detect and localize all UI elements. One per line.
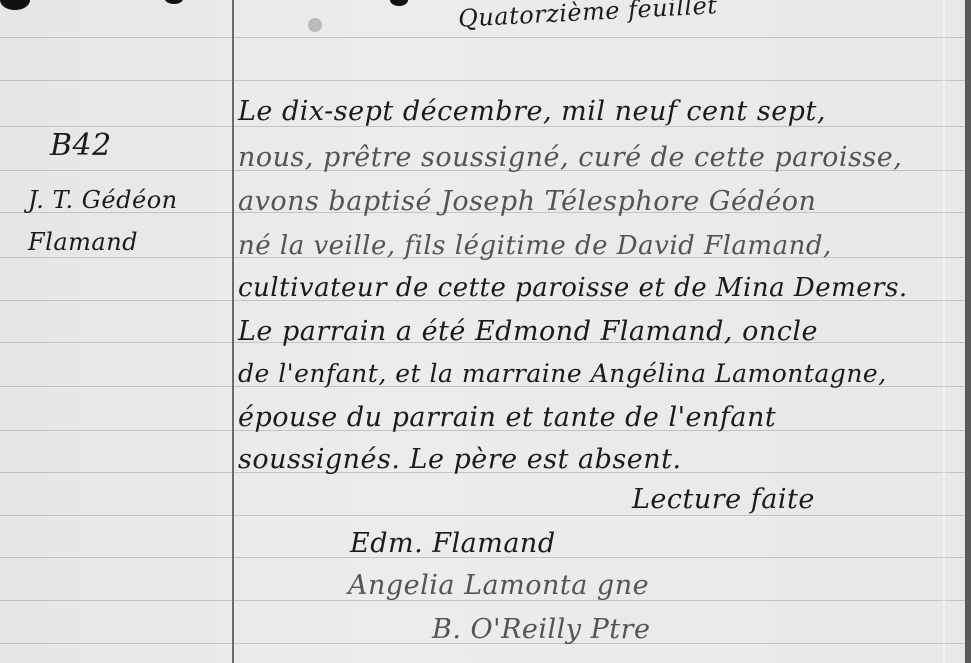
body-line-4: né la veille, fils légitime de David Fla… — [238, 231, 832, 261]
lecture-faite: Lecture faite — [632, 484, 815, 515]
body-line-2: nous, prêtre soussigné, curé de cette pa… — [238, 142, 902, 173]
signature-godmother: Angelia Lamonta gne — [348, 570, 649, 601]
body-line-7: de l'enfant, et la marraine Angélina Lam… — [238, 359, 887, 388]
smudge — [308, 18, 322, 32]
signature-priest: B. O'Reilly Ptre — [432, 614, 651, 645]
ink-blot — [0, 0, 30, 10]
body-line-8: épouse du parrain et tante de l'enfant — [238, 402, 776, 433]
ink-blot — [165, 0, 183, 4]
page-edge-shadow — [965, 0, 971, 663]
register-page: Quatorzième feuillet B42 J. T. Gédéon Fl… — [0, 0, 971, 663]
body-line-3: avons baptisé Joseph Télesphore Gédéon — [238, 186, 816, 217]
body-line-1: Le dix-sept décembre, mil neuf cent sept… — [238, 96, 826, 127]
folio-heading: Quatorzième feuillet — [457, 0, 718, 33]
margin-name-line1: J. T. Gédéon — [28, 186, 178, 214]
margin-name-line2: Flamand — [28, 228, 138, 256]
body-line-6: Le parrain a été Edmond Flamand, oncle — [238, 316, 818, 347]
ruled-line — [0, 515, 971, 516]
margin-rule — [232, 0, 234, 663]
page-fold-highlight — [943, 0, 945, 663]
body-line-9: soussignés. Le père est absent. — [238, 444, 682, 475]
body-line-5: cultivateur de cette paroisse et de Mina… — [238, 273, 908, 303]
ink-blot — [390, 0, 408, 6]
ruled-line — [0, 80, 971, 81]
ruled-line — [0, 37, 971, 38]
signature-godfather: Edm. Flamand — [350, 528, 556, 559]
entry-number: B42 — [50, 128, 112, 163]
